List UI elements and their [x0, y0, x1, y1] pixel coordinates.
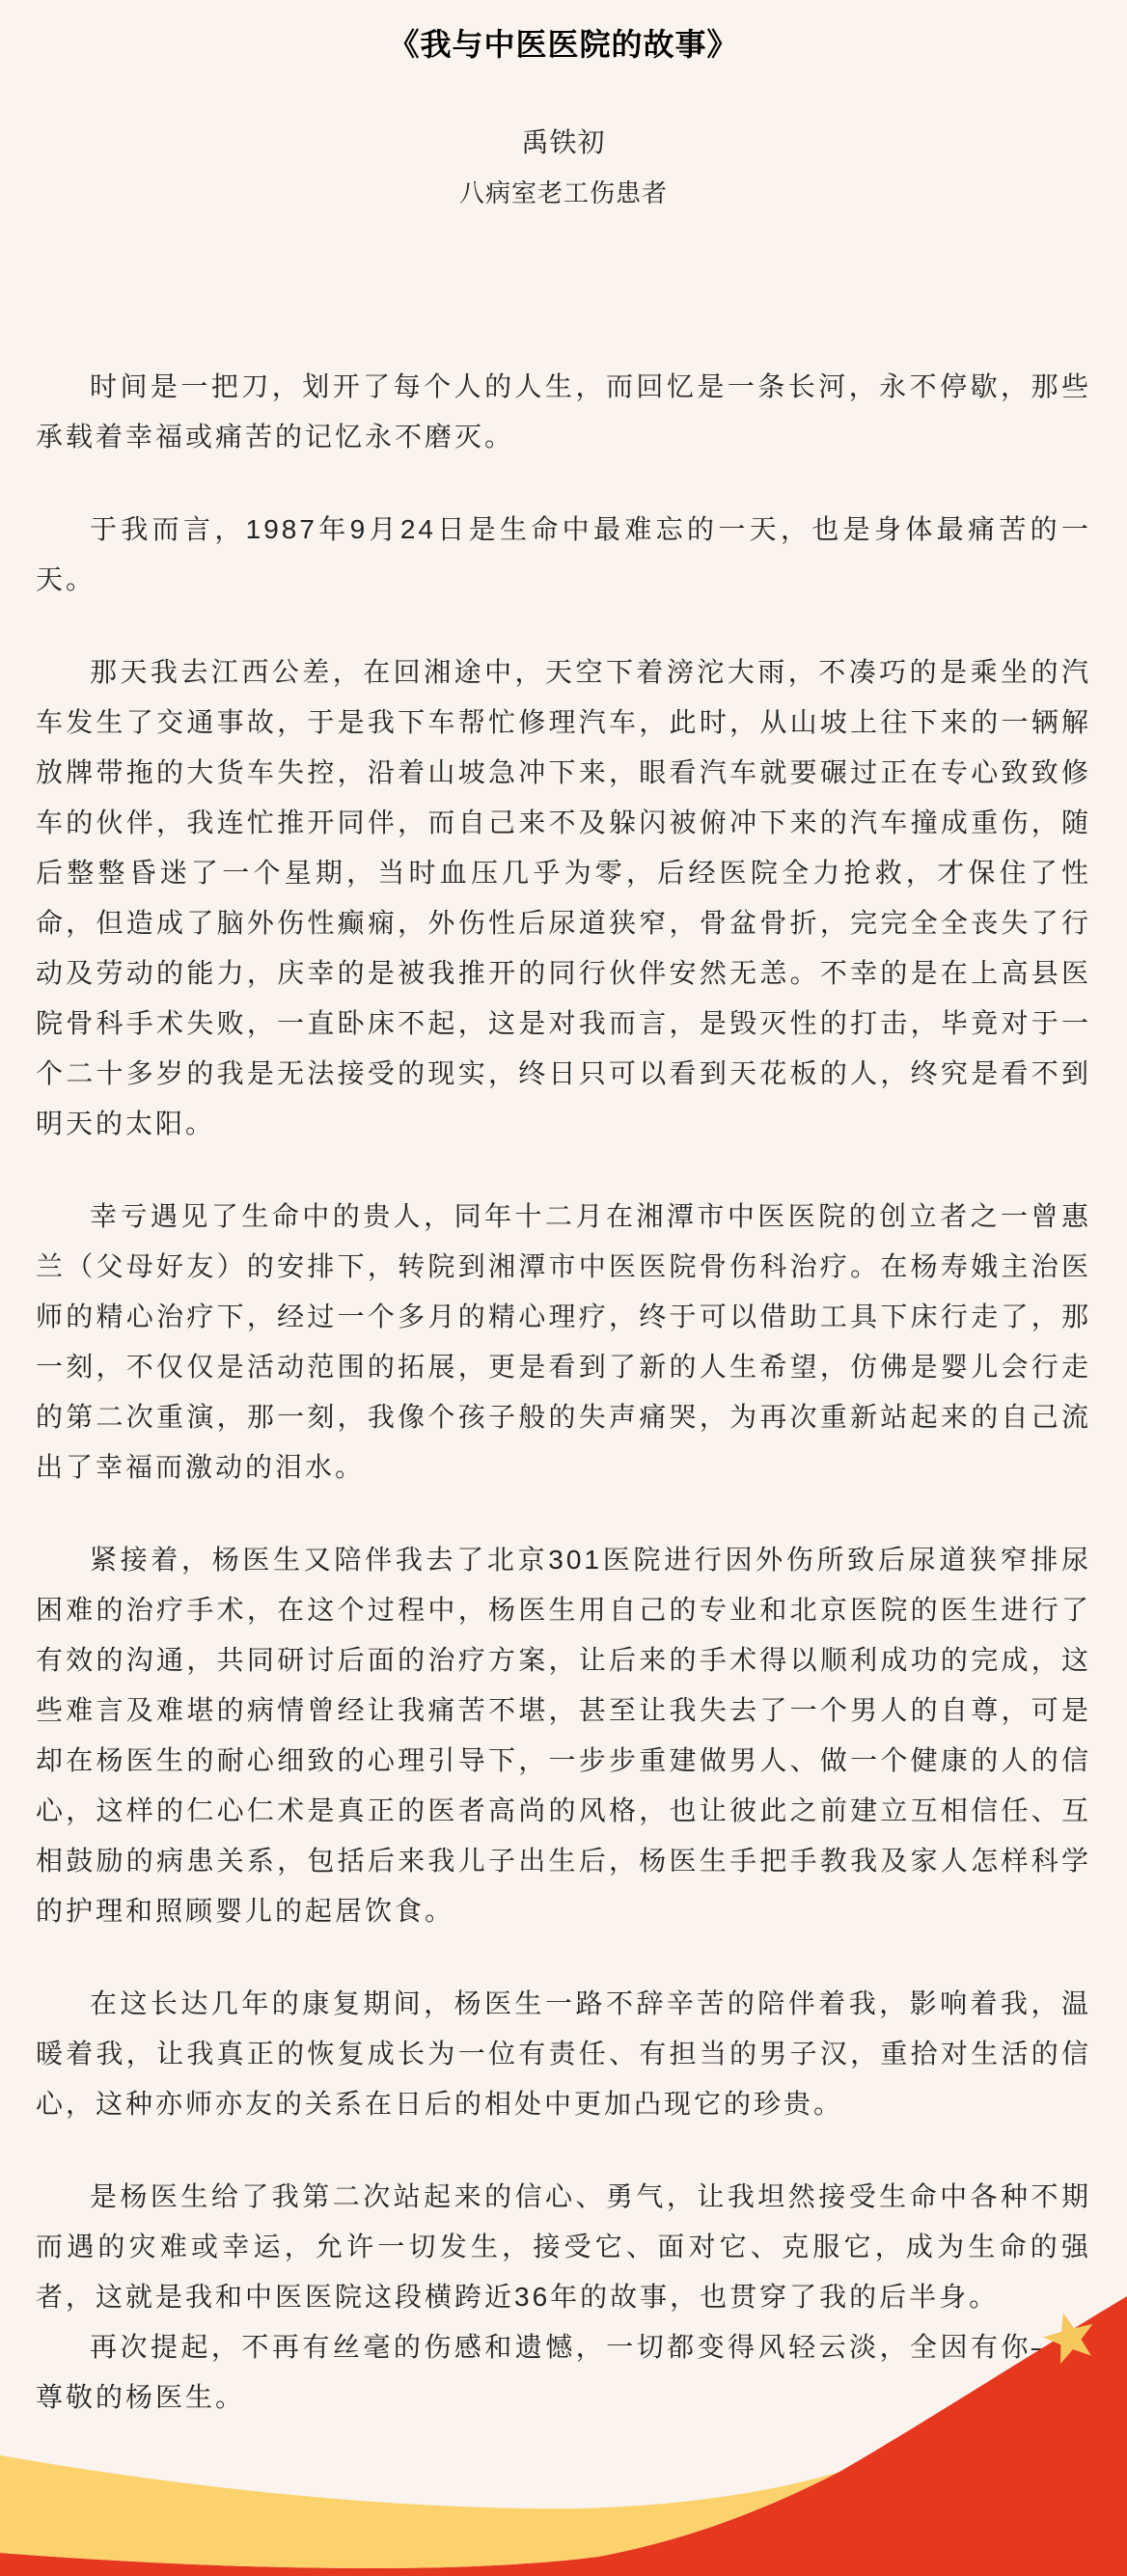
- paragraph: 在这长达几年的康复期间，杨医生一路不辞辛苦的陪伴着我，影响着我，温暖着我，让我真…: [36, 1979, 1091, 2129]
- paragraph: 于我而言，1987年9月24日是生命中最难忘的一天，也是身体最痛苦的一天。: [36, 505, 1091, 605]
- author-name: 禹铁初: [0, 126, 1127, 159]
- article-header: 《我与中医医院的故事》 禹铁初 八病室老工伤患者: [0, 0, 1127, 209]
- footer-wave-decoration: [0, 2248, 1127, 2576]
- page-title: 《我与中医医院的故事》: [0, 0, 1127, 63]
- paragraph: 幸亏遇见了生命中的贵人，同年十二月在湘潭市中医医院的创立者之一曾惠兰（父母好友）…: [36, 1192, 1091, 1493]
- paragraph: 紧接着，杨医生又陪伴我去了北京301医院进行因外伤所致后尿道狭窄排尿困难的治疗手…: [36, 1535, 1091, 1936]
- paragraph: 那天我去江西公差，在回湘途中，天空下着滂沱大雨，不凑巧的是乘坐的汽车发生了交通事…: [36, 647, 1091, 1149]
- article-page: 《我与中医医院的故事》 禹铁初 八病室老工伤患者 时间是一把刀，划开了每个人的人…: [0, 0, 1127, 2576]
- article-body: 时间是一把刀，划开了每个人的人生，而回忆是一条长河，永不停歇，那些承载着幸福或痛…: [0, 362, 1127, 2423]
- paragraph: 时间是一把刀，划开了每个人的人生，而回忆是一条长河，永不停歇，那些承载着幸福或痛…: [36, 362, 1091, 462]
- author-role: 八病室老工伤患者: [0, 178, 1127, 208]
